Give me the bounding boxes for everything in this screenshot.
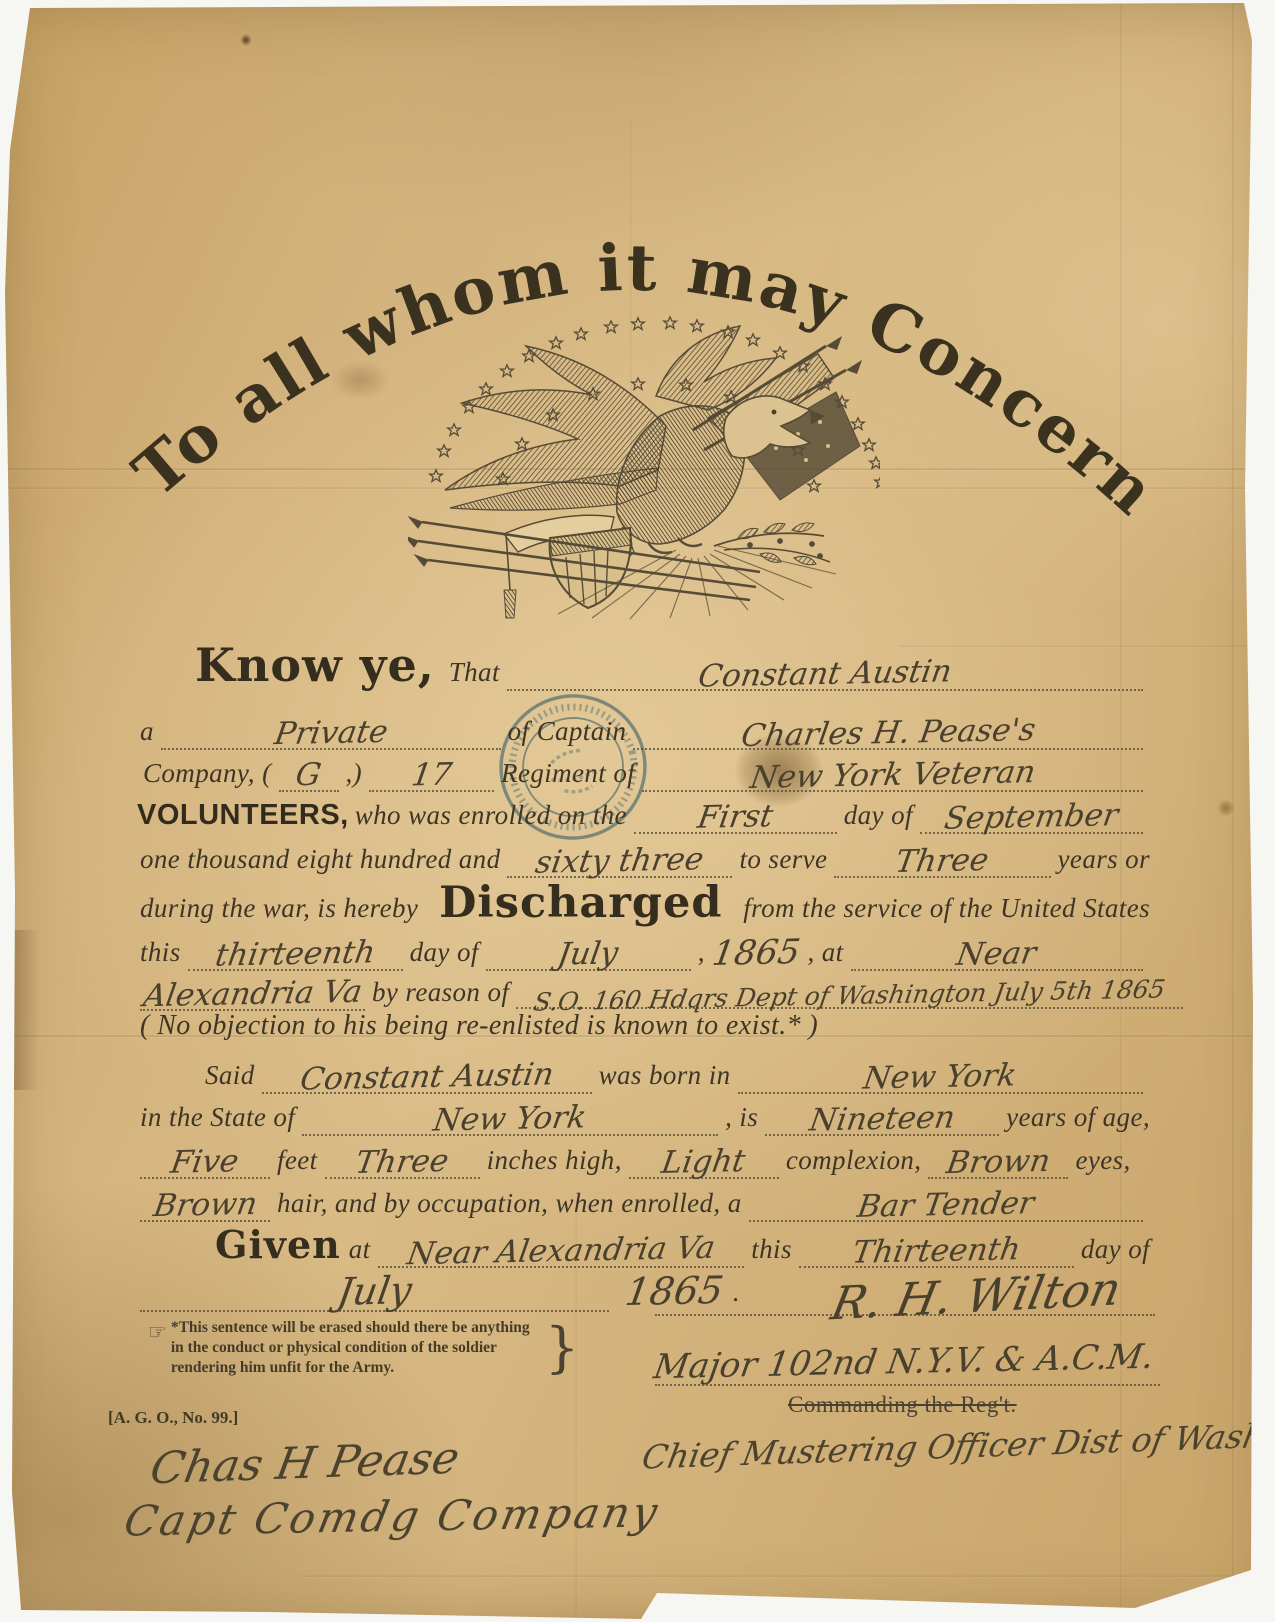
commander-title-line: Major 102nd N.Y.V. & A.C.M.	[655, 1328, 1160, 1386]
reason-field: S.O. 160 Hdqrs Dept of Washington July 5…	[516, 978, 1183, 1009]
discharge-day-field: thirteenth	[188, 933, 403, 971]
volunteers-line: VOLUNTEERS, who was enrolled on the Firs…	[137, 796, 1150, 834]
printed-comma: ,	[698, 937, 705, 968]
discharge-date-line: this thirteenth day of July , 1865 , at …	[140, 930, 1150, 971]
company-letter-field: G	[279, 754, 339, 792]
state-age-line: in the State of New York , is Nineteen y…	[140, 1098, 1150, 1136]
regiment-number-field: 17	[369, 754, 494, 792]
printed-this: this	[140, 937, 181, 968]
occupation-line: Brown hair, and by occupation, when enro…	[140, 1184, 1150, 1222]
age-field: Nineteen	[765, 1098, 999, 1136]
ago-form-number: [A. G. O., No. 99.]	[108, 1408, 238, 1428]
year-line: one thousand eight hundred and sixty thr…	[140, 840, 1150, 878]
discharge-month-field: July	[486, 933, 691, 971]
fold-crease	[300, 1575, 1275, 1578]
printed-feet: feet	[277, 1145, 318, 1176]
printed-volunteers: VOLUNTEERS,	[137, 799, 349, 832]
eagle-eye	[772, 410, 777, 415]
printed-day-of: day of	[410, 937, 479, 968]
printed-by-reason: by reason of	[372, 977, 509, 1008]
hair-field: Brown	[140, 1184, 270, 1222]
footnote-brace: }	[545, 1318, 579, 1378]
printed-eyes: eyes,	[1075, 1145, 1130, 1176]
printed-during: during the war, is hereby	[140, 893, 418, 924]
given-word: Given	[215, 1222, 341, 1267]
printed-complexion: complexion,	[786, 1145, 922, 1176]
height-feet-field: Five	[140, 1141, 270, 1179]
rank-line: a Private of Captain Charles H. Pease's	[140, 712, 1150, 750]
footnote-text: *This sentence will be erased should the…	[171, 1318, 543, 1378]
name-repeat-field: Constant Austin	[262, 1056, 592, 1094]
discharged-word: Discharged	[439, 878, 722, 928]
company-line: Company, ( G ,) 17 Regiment of New York …	[143, 754, 1150, 792]
no-objection-line: ( No objection to his being re-enlisted …	[140, 1010, 1150, 1042]
printed-years-or: years or	[1058, 844, 1150, 875]
edge-stain	[0, 930, 40, 1090]
struck-commanding-line: Commanding the Reg't.	[788, 1392, 1017, 1418]
eagle-emblem-illustration	[408, 298, 880, 620]
description-line: Five feet Three inches high, Light compl…	[140, 1141, 1150, 1179]
scanned-discharge-certificate: To all whom it may Concern:	[0, 0, 1275, 1622]
captain-title: Capt Comdg Company	[120, 1487, 664, 1545]
eyes-field: Brown	[928, 1141, 1068, 1179]
printed-of-captain: of Captain	[508, 716, 627, 747]
printed-day-of: day of	[844, 800, 913, 831]
discharge-place-field: Near	[851, 933, 1143, 971]
soldier-name-field: Constant Austin	[507, 653, 1143, 691]
year-field: sixty three	[507, 840, 732, 878]
height-inches-field: Three	[325, 1141, 480, 1179]
discharged-line: during the war, is hereby Discharged fro…	[140, 878, 1150, 928]
enroll-month-field: September	[920, 796, 1143, 834]
printed-years-of-age: years of age,	[1006, 1102, 1150, 1133]
know-ye-heading: Know ye,	[195, 638, 435, 692]
captain-name-field: Charles H. Pease's	[633, 712, 1143, 750]
aged-paper-sheet: To all whom it may Concern:	[0, 0, 1275, 1622]
printed-born-in: was born in	[599, 1060, 731, 1091]
given-month-field: July	[140, 1266, 609, 1312]
printed-regiment-of: Regiment of	[501, 758, 635, 789]
printed-to-serve: to serve	[739, 844, 827, 875]
born-line: Said Constant Austin was born in New Yor…	[205, 1056, 1150, 1094]
discharge-year-handwriting: 1865	[710, 932, 803, 974]
printed-a: a	[140, 716, 154, 747]
printed-inches-high: inches high,	[487, 1145, 622, 1176]
printed-at: , at	[807, 937, 843, 968]
printed-company: Company, (	[143, 758, 272, 789]
mustering-officer-line: Chief Mustering Officer Dist of Washingt…	[639, 1412, 1275, 1476]
printed-is: , is	[725, 1102, 758, 1133]
printed-from-service: from the service of the United States	[743, 893, 1150, 924]
regiment-name-field: New York Veteran	[642, 754, 1143, 792]
rank-field: Private	[161, 712, 501, 750]
serve-years-field: Three	[834, 840, 1050, 878]
captain-signature: Chas H Pease	[146, 1433, 463, 1495]
printed-year-words: one thousand eight hundred and	[140, 844, 500, 875]
printed-state-of: in the State of	[140, 1102, 295, 1133]
printed-no-objection: ( No objection to his being re-enlisted …	[140, 1010, 818, 1042]
printed-at: at	[349, 1234, 371, 1265]
occupation-field: Bar Tender	[749, 1184, 1143, 1222]
place-field: Alexandria Va	[140, 973, 365, 1011]
printed-hair-occupation: hair, and by occupation, when enrolled, …	[277, 1188, 742, 1219]
erasure-footnote: ☞ *This sentence will be erased should t…	[148, 1318, 579, 1378]
small-dot-stain	[240, 34, 252, 46]
small-stain	[1216, 800, 1236, 816]
commander-signature-line: R. H. Wilton	[655, 1258, 1155, 1316]
printed-said: Said	[205, 1060, 255, 1091]
printed-enrolled: who was enrolled on the	[355, 800, 627, 831]
state-field: New York	[302, 1098, 718, 1136]
printed-paren: ,)	[346, 758, 363, 789]
complexion-field: Light	[629, 1141, 779, 1179]
birth-place-field: New York	[738, 1056, 1143, 1094]
know-ye-line: Know ye, That Constant Austin	[195, 638, 1150, 692]
manicule-icon: ☞	[148, 1320, 167, 1380]
enroll-day-field: First	[634, 796, 837, 834]
printed-that: That	[449, 657, 500, 688]
reason-line: Alexandria Va by reason of S.O. 160 Hdqr…	[140, 973, 1190, 1011]
commander-title: Major 102nd N.Y.V. & A.C.M.	[651, 1337, 1157, 1387]
given-month-line: July 1865 .	[140, 1266, 740, 1312]
commander-signature: R. H. Wilton	[827, 1260, 1162, 1331]
